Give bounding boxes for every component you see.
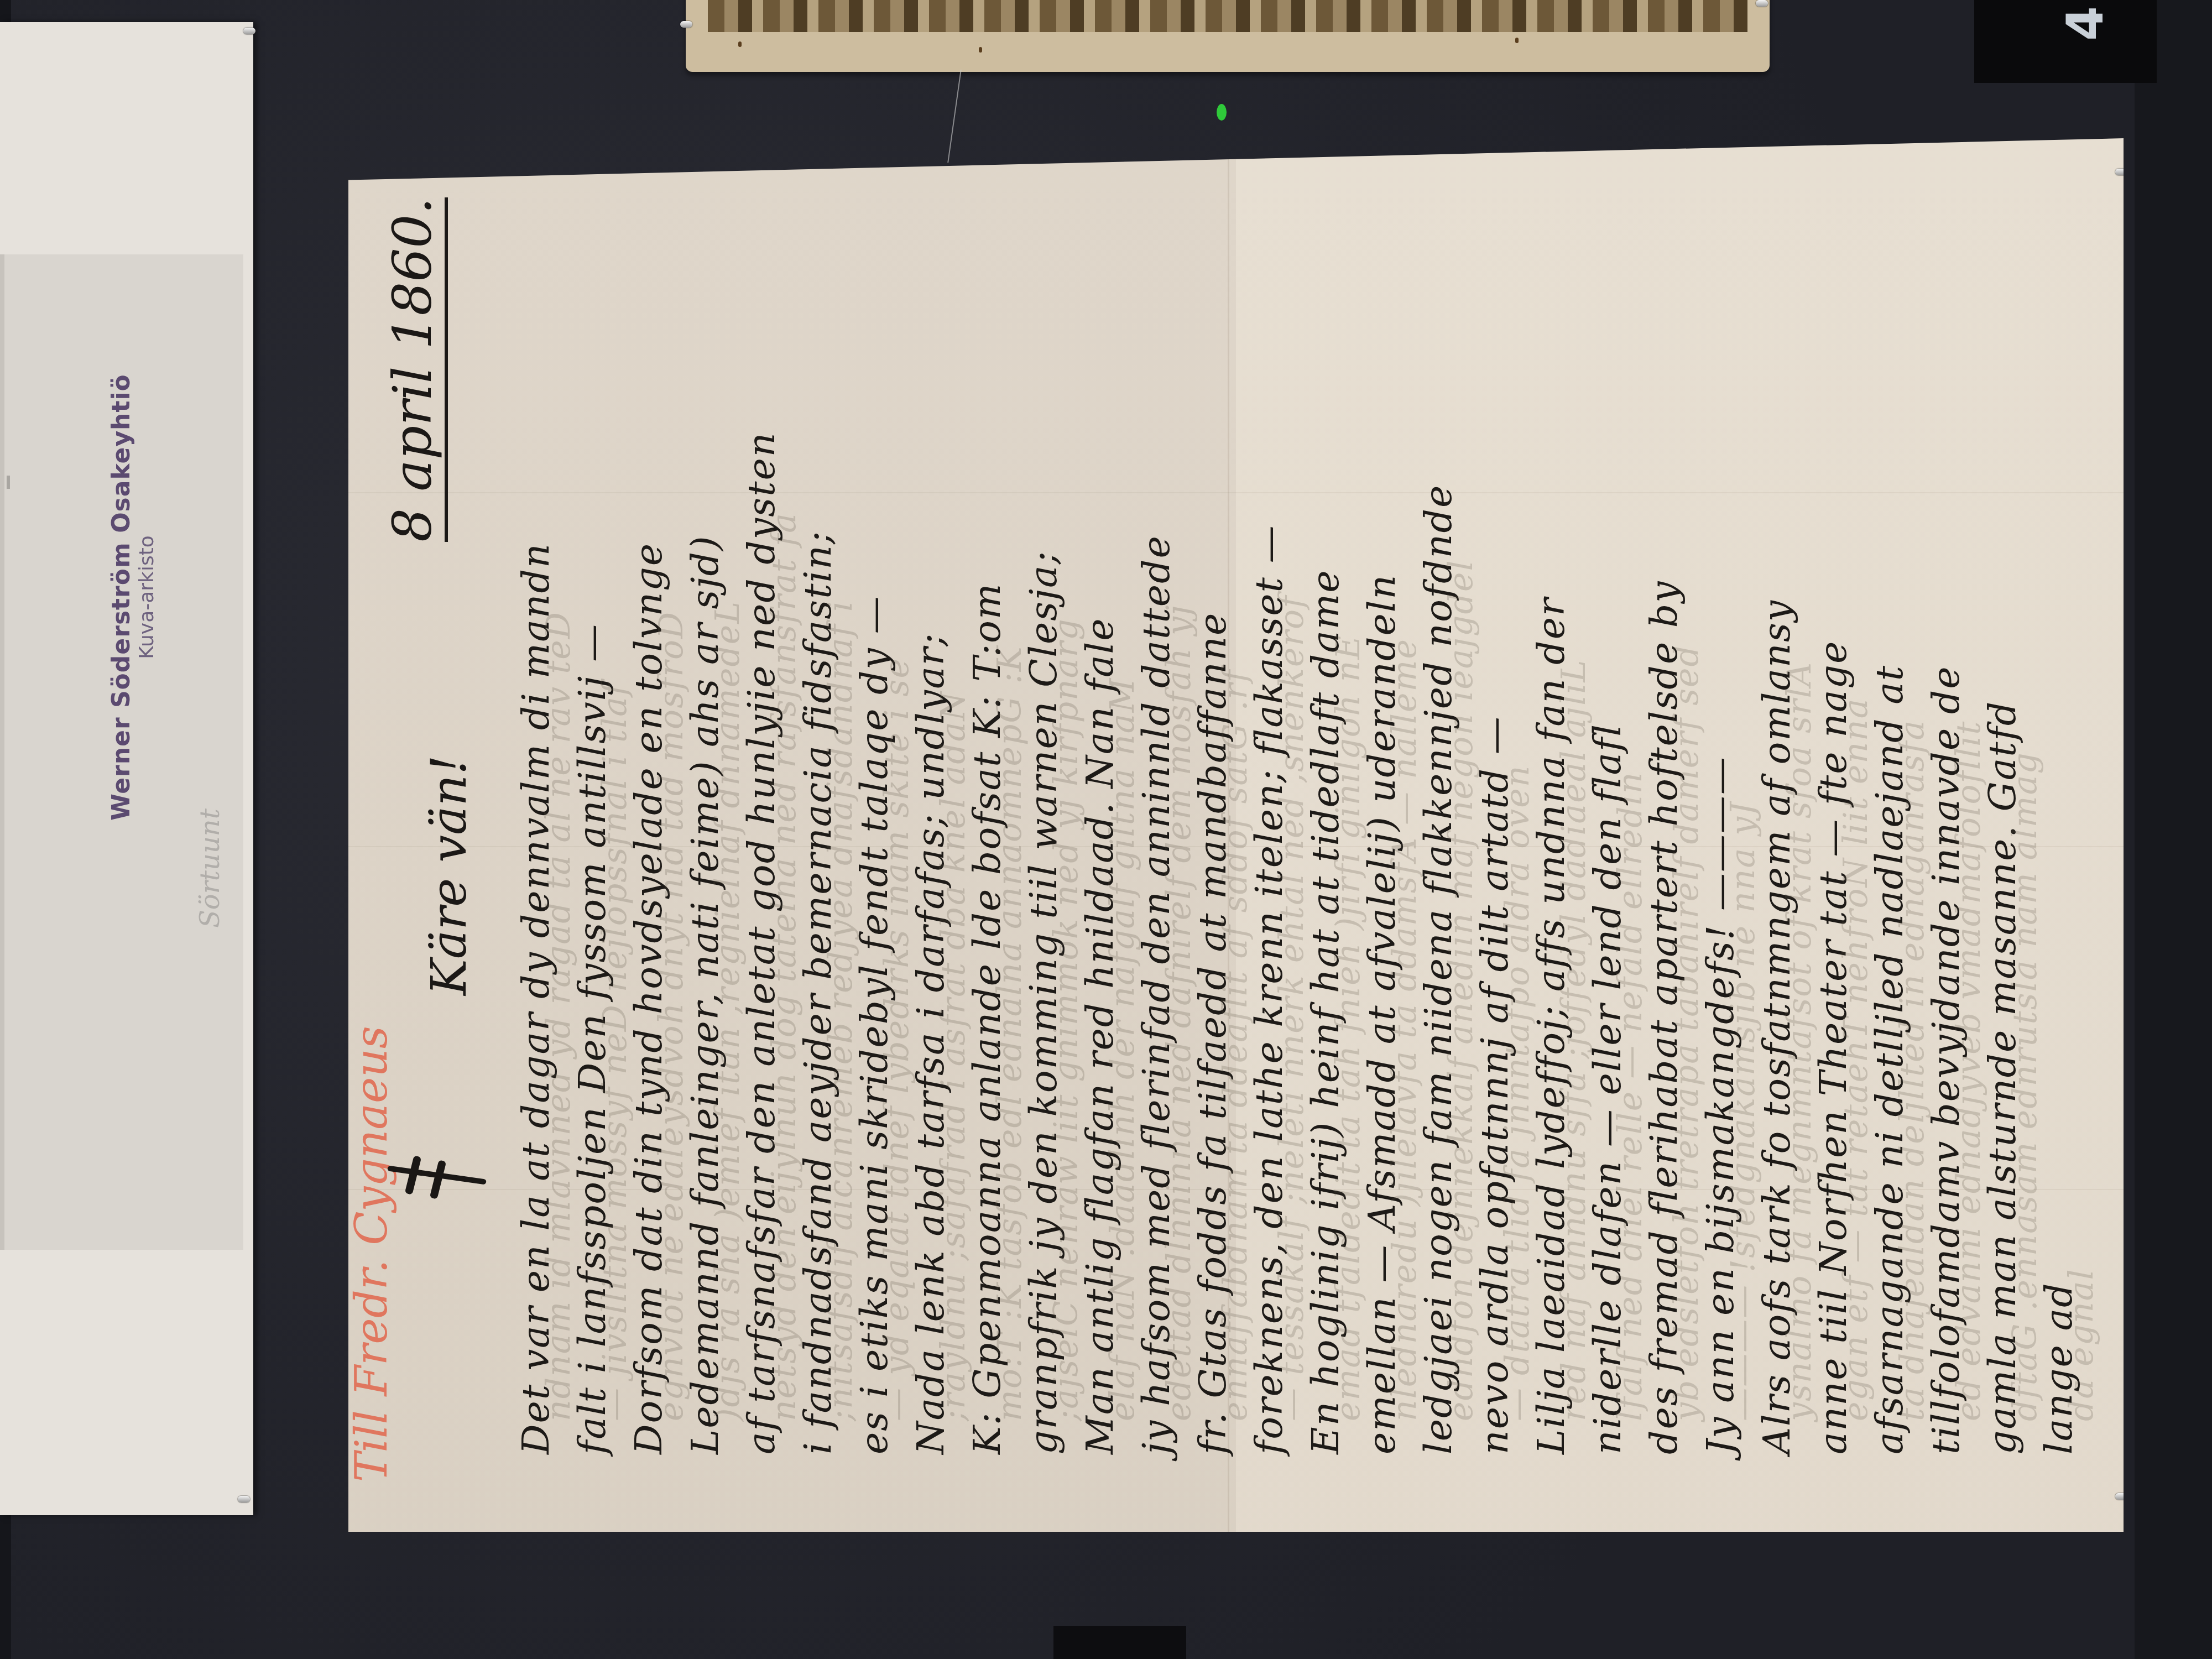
mounting-pin-icon bbox=[243, 28, 255, 34]
photograph-image bbox=[708, 0, 1747, 32]
foxing-spot bbox=[738, 41, 742, 47]
mounting-pin-icon bbox=[1756, 0, 1768, 7]
stamp-line-2: Kuva-arkisto bbox=[135, 374, 158, 821]
letter-date: 8 april 1860. bbox=[382, 197, 448, 542]
archive-pencil-note: Sörtuunt bbox=[182, 763, 238, 973]
case-frame-bottom-block bbox=[1053, 1626, 1186, 1659]
mounting-pin-icon bbox=[2115, 1493, 2127, 1500]
loose-thread bbox=[947, 70, 962, 163]
archive-sheet: Werner Söderström Osakeyhtiö Kuva-arkist… bbox=[0, 22, 253, 1515]
foxing-spot bbox=[979, 47, 982, 53]
red-pencil-annotation: Till Fredr. Cygnaeus bbox=[346, 1026, 397, 1482]
pencil-mark bbox=[7, 476, 10, 489]
foxing-spot bbox=[1515, 38, 1519, 43]
mounting-pin-icon bbox=[680, 21, 692, 28]
publisher-stamp: Werner Söderström Osakeyhtiö Kuva-arkist… bbox=[66, 420, 199, 774]
archive-photo-edge bbox=[0, 254, 4, 1250]
case-frame-right bbox=[2135, 0, 2212, 1659]
exhibit-number: 4 bbox=[2057, 6, 2115, 41]
sepia-photograph bbox=[686, 0, 1770, 72]
green-indicator-light bbox=[1217, 104, 1227, 121]
mounting-pin-icon bbox=[238, 1496, 250, 1503]
mounting-pin-icon bbox=[2115, 169, 2127, 175]
stamp-line-1: Werner Söderström Osakeyhtiö bbox=[107, 374, 135, 821]
handwritten-letter: Det var en la at dagar dy dennvalm di ma… bbox=[348, 138, 2124, 1532]
cross-mark-icon bbox=[387, 1150, 470, 1200]
letter-salutation: Käre vän! bbox=[420, 755, 477, 995]
exhibit-number-label: 4 bbox=[1974, 0, 2157, 83]
pencil-note-text: Sörtuunt bbox=[195, 808, 226, 928]
letter-body: Det var en la at dagar dy dennvalm di ma… bbox=[348, 138, 2124, 1532]
bleed-through-line: da egnal bbox=[2062, 1268, 2101, 1421]
